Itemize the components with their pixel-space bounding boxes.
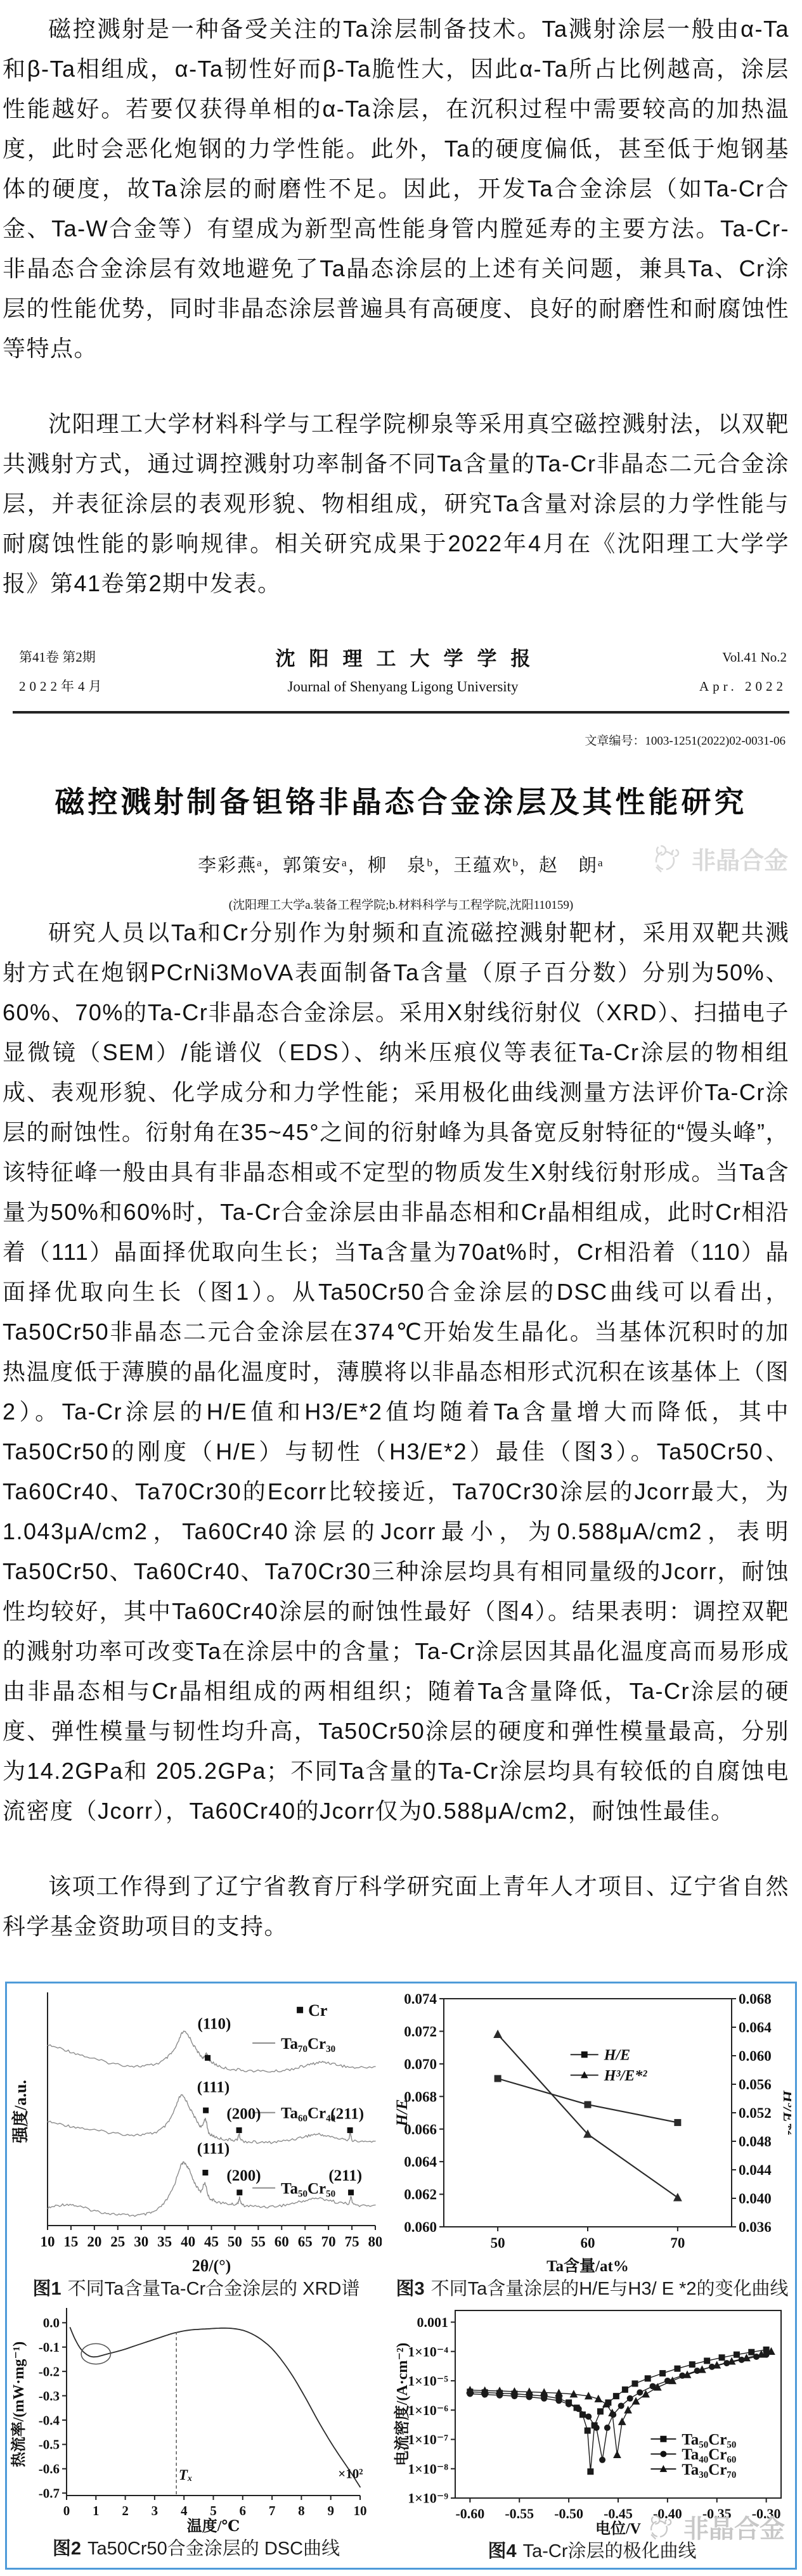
svg-text:H/E: H/E <box>604 2047 630 2064</box>
journal-vol-cn: 第41卷 第2期 <box>19 643 178 672</box>
svg-text:电位/V: 电位/V <box>595 2520 642 2537</box>
svg-text:(211): (211) <box>328 2167 362 2184</box>
figure4-polarization-chart: -0.60-0.55-0.50-0.45-0.40-0.35-0.300.001… <box>393 2304 791 2539</box>
figure1-caption-text: 不同Ta含量Ta-Cr合金涂层的 XRD谱 <box>68 2279 360 2299</box>
journal-vol-issue-en: Vol.41 No.2 Apr. 2022 <box>628 643 787 701</box>
svg-text:9: 9 <box>327 2503 334 2518</box>
figure4-caption: 图4Ta-Cr涂层的极化曲线 <box>488 2539 696 2564</box>
svg-text:0.044: 0.044 <box>739 2162 772 2178</box>
svg-text:-0.50: -0.50 <box>554 2506 583 2522</box>
svg-text:20: 20 <box>87 2234 101 2250</box>
svg-text:1×10⁻⁴: 1×10⁻⁴ <box>408 2343 448 2359</box>
article-title: 磁控溅射制备钽铬非晶态合金涂层及其性能研究 <box>6 783 796 822</box>
authors-row: 李彩燕ᵃ，郭策安ᵃ，柳 泉ᵇ，王蕴欢ᵇ，赵 朗ᵃ 非晶合金 <box>0 851 802 881</box>
authors-line: 李彩燕ᵃ，郭策安ᵃ，柳 泉ᵇ，王蕴欢ᵇ，赵 朗ᵃ <box>0 851 802 877</box>
svg-text:5: 5 <box>210 2503 217 2518</box>
figure3-cell: 5060700.0600.0620.0640.0660.0680.0700.07… <box>391 1990 794 2302</box>
svg-text:15: 15 <box>63 2234 78 2250</box>
svg-text:25: 25 <box>110 2234 125 2250</box>
svg-text:2θ/(°): 2θ/(°) <box>192 2257 231 2275</box>
svg-text:0: 0 <box>63 2503 70 2518</box>
svg-text:-0.40: -0.40 <box>653 2506 682 2522</box>
abstract-paragraph: 研究人员以Ta和Cr分别作为射频和直流磁控溅射靶材，采用双靶共溅射方式在炮钢PC… <box>3 913 789 1831</box>
svg-text:电流密度/(A·cm⁻²): 电流密度/(A·cm⁻²) <box>393 2343 411 2466</box>
svg-text:-0.60: -0.60 <box>455 2506 484 2522</box>
svg-text:35: 35 <box>157 2234 172 2250</box>
svg-text:Ta₃₀Cr₇₀: Ta₃₀Cr₇₀ <box>682 2461 736 2478</box>
journal-title-cn: 沈阳理工大学学报 <box>178 643 628 671</box>
svg-text:70: 70 <box>321 2234 336 2250</box>
svg-text:1×10⁻⁷: 1×10⁻⁷ <box>408 2432 448 2447</box>
affiliation-line: (沈阳理工大学a.装备工程学院;b.材料科学与工程学院,沈阳110159) <box>0 895 802 913</box>
intro-paragraph: 磁控溅射是一种备受关注的Ta涂层制备技术。Ta溅射涂层一般由α-Ta和β-Ta相… <box>3 9 789 368</box>
figure4-cell: -0.60-0.55-0.50-0.45-0.40-0.35-0.300.001… <box>391 2304 794 2564</box>
svg-text:7: 7 <box>269 2503 276 2518</box>
svg-text:-0.6: -0.6 <box>39 2461 60 2477</box>
journal-date-cn: 2022年4月 <box>19 672 178 701</box>
svg-text:(111): (111) <box>197 2079 230 2096</box>
svg-text:0.064: 0.064 <box>739 2020 772 2035</box>
svg-text:8: 8 <box>298 2503 305 2518</box>
svg-text:50: 50 <box>491 2235 505 2251</box>
figure1-caption: 图1不同Ta含量Ta-Cr合金涂层的 XRD谱 <box>33 2276 360 2302</box>
svg-text:(110): (110) <box>198 2016 231 2033</box>
svg-text:1×10⁻⁸: 1×10⁻⁸ <box>408 2461 448 2477</box>
figure1-xrd-chart: 101520253035404550556065707580CrTa₇₀Cr₃₀… <box>11 1990 382 2276</box>
journal-date-en: Apr. 2022 <box>628 672 787 701</box>
svg-text:-0.1: -0.1 <box>39 2340 60 2355</box>
svg-text:1×10⁻⁵: 1×10⁻⁵ <box>408 2373 448 2389</box>
svg-text:0.068: 0.068 <box>739 1991 772 2007</box>
svg-text:60: 60 <box>275 2234 289 2250</box>
svg-text:0.048: 0.048 <box>739 2134 772 2150</box>
svg-text:75: 75 <box>345 2234 359 2250</box>
svg-text:0.056: 0.056 <box>739 2077 772 2092</box>
figure4-caption-text: Ta-Cr涂层的极化曲线 <box>523 2541 697 2561</box>
figures-panel: 101520253035404550556065707580CrTa₇₀Cr₃₀… <box>5 1982 797 2570</box>
svg-text:-0.3: -0.3 <box>39 2388 60 2404</box>
svg-text:(200): (200) <box>226 2167 261 2184</box>
svg-text:55: 55 <box>251 2234 266 2250</box>
svg-text:70: 70 <box>670 2235 685 2251</box>
figure1-caption-label: 图1 <box>33 2279 61 2299</box>
journal-vol-issue-cn: 第41卷 第2期 2022年4月 <box>19 643 178 701</box>
figure2-caption: 图2Ta50Cr50合金涂层的 DSC曲线 <box>53 2536 340 2561</box>
svg-text:40: 40 <box>181 2234 195 2250</box>
svg-text:-0.35: -0.35 <box>702 2506 732 2522</box>
svg-text:0.052: 0.052 <box>739 2105 772 2121</box>
svg-text:H³/E*²: H³/E*² <box>780 2090 791 2136</box>
svg-text:1×10⁻⁹: 1×10⁻⁹ <box>408 2490 448 2506</box>
funding-paragraph: 该项工作得到了辽宁省教育厅科学研究面上青年人才项目、辽宁省自然科学基金资助项目的… <box>3 1866 789 1946</box>
figure2-caption-label: 图2 <box>53 2539 81 2559</box>
research-summary-paragraph: 沈阳理工大学材料科学与工程学院柳泉等采用真空磁控溅射法，以双靶共溅射方式，通过调… <box>3 404 789 603</box>
svg-text:-0.55: -0.55 <box>505 2506 534 2522</box>
svg-text:(200): (200) <box>226 2106 261 2123</box>
svg-text:-0.4: -0.4 <box>39 2413 60 2428</box>
svg-text:-0.5: -0.5 <box>39 2437 60 2452</box>
svg-text:10: 10 <box>354 2503 367 2518</box>
svg-text:65: 65 <box>298 2234 313 2250</box>
svg-text:0.070: 0.070 <box>404 2056 437 2072</box>
header-rule <box>13 711 789 714</box>
svg-text:H/E: H/E <box>394 2099 411 2127</box>
svg-text:强度/a.u.: 强度/a.u. <box>11 2080 30 2144</box>
svg-text:0.062: 0.062 <box>404 2187 437 2203</box>
figure1-cell: 101520253035404550556065707580CrTa₇₀Cr₃₀… <box>11 1990 382 2302</box>
figure2-dsc-chart: 0123456789100.0-0.1-0.2-0.3-0.4-0.5-0.6-… <box>11 2304 382 2536</box>
svg-text:0.001: 0.001 <box>417 2314 449 2330</box>
article-number: 文章编号：1003-1251(2022)02-0031-06 <box>0 731 786 748</box>
svg-text:60: 60 <box>581 2235 595 2251</box>
svg-text:0.060: 0.060 <box>739 2048 772 2064</box>
svg-text:0.074: 0.074 <box>404 1991 437 2007</box>
figure2-caption-text: Ta50Cr50合金涂层的 DSC曲线 <box>87 2539 340 2559</box>
article-page: 磁控溅射是一种备受关注的Ta涂层制备技术。Ta溅射涂层一般由α-Ta和β-Ta相… <box>0 0 802 2576</box>
svg-text:Ta含量/at%: Ta含量/at% <box>547 2257 629 2275</box>
svg-text:30: 30 <box>134 2234 148 2250</box>
svg-text:Tₓ: Tₓ <box>179 2467 193 2483</box>
journal-title-en: Journal of Shenyang Ligong University <box>178 679 628 695</box>
svg-text:0.0: 0.0 <box>43 2316 60 2331</box>
svg-text:(211): (211) <box>330 2106 364 2123</box>
svg-text:0.072: 0.072 <box>404 2023 437 2039</box>
figure3-he-chart: 5060700.0600.0620.0640.0660.0680.0700.07… <box>393 1990 791 2276</box>
svg-text:0.064: 0.064 <box>404 2154 437 2170</box>
svg-text:-0.30: -0.30 <box>752 2506 781 2522</box>
svg-text:0.040: 0.040 <box>739 2191 772 2207</box>
svg-text:0.036: 0.036 <box>739 2219 772 2235</box>
svg-text:H³/E*²: H³/E*² <box>604 2068 648 2084</box>
figure4-caption-label: 图4 <box>488 2541 516 2561</box>
svg-text:0.060: 0.060 <box>404 2219 437 2235</box>
svg-text:×10²: ×10² <box>338 2466 363 2481</box>
figure3-caption-text: 不同Ta含量涂层的H/E与H3/ E *2的变化曲线 <box>431 2279 789 2299</box>
journal-header: 第41卷 第2期 2022年4月 沈阳理工大学学报 Journal of She… <box>19 643 787 701</box>
svg-text:Ta₇₀Cr₃₀: Ta₇₀Cr₃₀ <box>281 2035 335 2053</box>
journal-vol-en: Vol.41 No.2 <box>628 643 787 672</box>
svg-text:-0.7: -0.7 <box>39 2486 60 2501</box>
svg-text:1×10⁻⁶: 1×10⁻⁶ <box>408 2402 448 2418</box>
figure3-caption: 图3不同Ta含量涂层的H/E与H3/ E *2的变化曲线 <box>396 2276 788 2302</box>
svg-text:3: 3 <box>152 2503 158 2518</box>
svg-text:-0.45: -0.45 <box>604 2506 633 2522</box>
svg-text:温度/℃: 温度/℃ <box>187 2517 240 2535</box>
svg-text:80: 80 <box>368 2234 382 2250</box>
svg-text:热流率/(mW·mg⁻¹): 热流率/(mW·mg⁻¹) <box>11 2342 27 2468</box>
svg-text:6: 6 <box>240 2503 247 2518</box>
figure3-caption-label: 图3 <box>396 2279 424 2299</box>
svg-text:10: 10 <box>41 2234 55 2250</box>
svg-text:Ta₆₀Cr₄₀: Ta₆₀Cr₄₀ <box>281 2105 335 2122</box>
svg-text:-0.2: -0.2 <box>39 2364 60 2380</box>
figure2-cell: 0123456789100.0-0.1-0.2-0.3-0.4-0.5-0.6-… <box>11 2304 382 2564</box>
journal-title-block: 沈阳理工大学学报 Journal of Shenyang Ligong Univ… <box>178 643 628 695</box>
svg-text:1: 1 <box>93 2503 100 2518</box>
svg-text:Ta₅₀Cr₅₀: Ta₅₀Cr₅₀ <box>281 2180 335 2197</box>
svg-text:Cr: Cr <box>308 2001 327 2020</box>
svg-text:2: 2 <box>122 2503 129 2518</box>
svg-text:50: 50 <box>228 2234 242 2250</box>
svg-text:4: 4 <box>181 2503 188 2518</box>
svg-text:45: 45 <box>204 2234 219 2250</box>
svg-text:(111): (111) <box>197 2141 230 2158</box>
